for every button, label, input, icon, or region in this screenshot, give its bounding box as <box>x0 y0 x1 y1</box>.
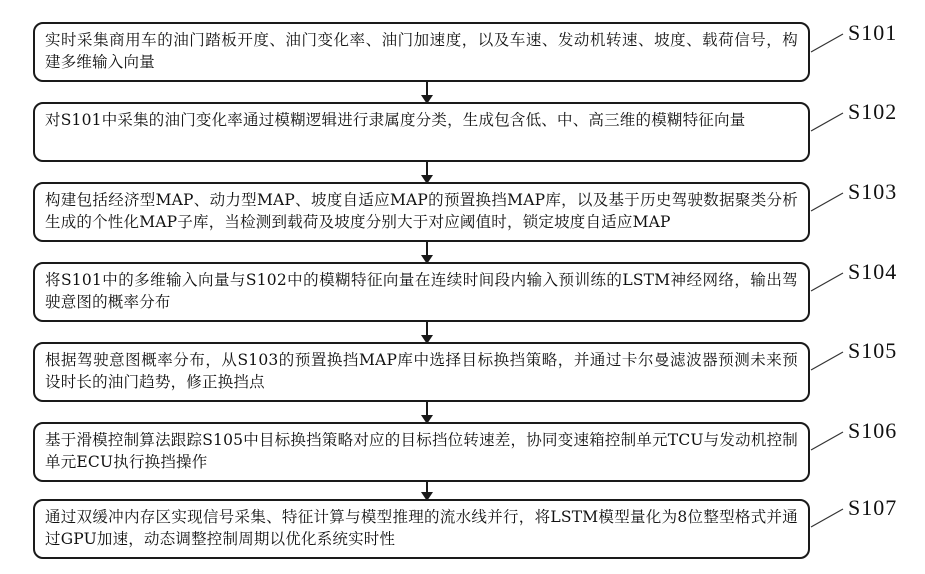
step-label-s103: S103 <box>848 179 897 205</box>
step-text-s105: 根据驾驶意图概率分布，从S103的预置换挡MAP库中选择目标换挡策略，并通过卡尔… <box>45 349 798 393</box>
step-box-s103: 构建包括经济型MAP、动力型MAP、坡度自适应MAP的预置换挡MAP库，以及基于… <box>33 182 810 242</box>
step-text-s101: 实时采集商用车的油门踏板开度、油门变化率、油门加速度，以及车速、发动机转速、坡度… <box>45 29 798 73</box>
arrow-down-icon <box>426 82 428 102</box>
step-label-s105: S105 <box>848 338 897 364</box>
step-label-s107: S107 <box>848 495 897 521</box>
step-label-s101: S101 <box>848 20 897 46</box>
step-text-s103: 构建包括经济型MAP、动力型MAP、坡度自适应MAP的预置换挡MAP库，以及基于… <box>45 189 798 233</box>
arrow-down-icon <box>426 322 428 342</box>
step-box-s105: 根据驾驶意图概率分布，从S103的预置换挡MAP库中选择目标换挡策略，并通过卡尔… <box>33 342 810 402</box>
arrow-down-icon <box>426 242 428 262</box>
arrow-down-icon <box>426 162 428 182</box>
step-box-s107: 通过双缓冲内存区实现信号采集、特征计算与模型推理的流水线并行，将LSTM模型量化… <box>33 499 810 559</box>
step-box-s106: 基于滑模控制算法跟踪S105中目标换挡策略对应的目标挡位转速差，协同变速箱控制单… <box>33 422 810 482</box>
arrow-down-icon <box>426 482 428 499</box>
step-box-s104: 将S101中的多维输入向量与S102中的模糊特征向量在连续时间段内输入预训练的L… <box>33 262 810 322</box>
step-text-s104: 将S101中的多维输入向量与S102中的模糊特征向量在连续时间段内输入预训练的L… <box>45 269 798 313</box>
step-label-s106: S106 <box>848 418 897 444</box>
step-label-s104: S104 <box>848 259 897 285</box>
step-box-s102: 对S101中采集的油门变化率通过模糊逻辑进行隶属度分类，生成包含低、中、高三维的… <box>33 102 810 162</box>
step-text-s106: 基于滑模控制算法跟踪S105中目标换挡策略对应的目标挡位转速差，协同变速箱控制单… <box>45 429 798 473</box>
step-label-s102: S102 <box>848 99 897 125</box>
arrow-down-icon <box>426 402 428 422</box>
step-box-s101: 实时采集商用车的油门踏板开度、油门变化率、油门加速度，以及车速、发动机转速、坡度… <box>33 22 810 82</box>
step-text-s107: 通过双缓冲内存区实现信号采集、特征计算与模型推理的流水线并行，将LSTM模型量化… <box>45 506 798 550</box>
step-text-s102: 对S101中采集的油门变化率通过模糊逻辑进行隶属度分类，生成包含低、中、高三维的… <box>45 109 798 131</box>
